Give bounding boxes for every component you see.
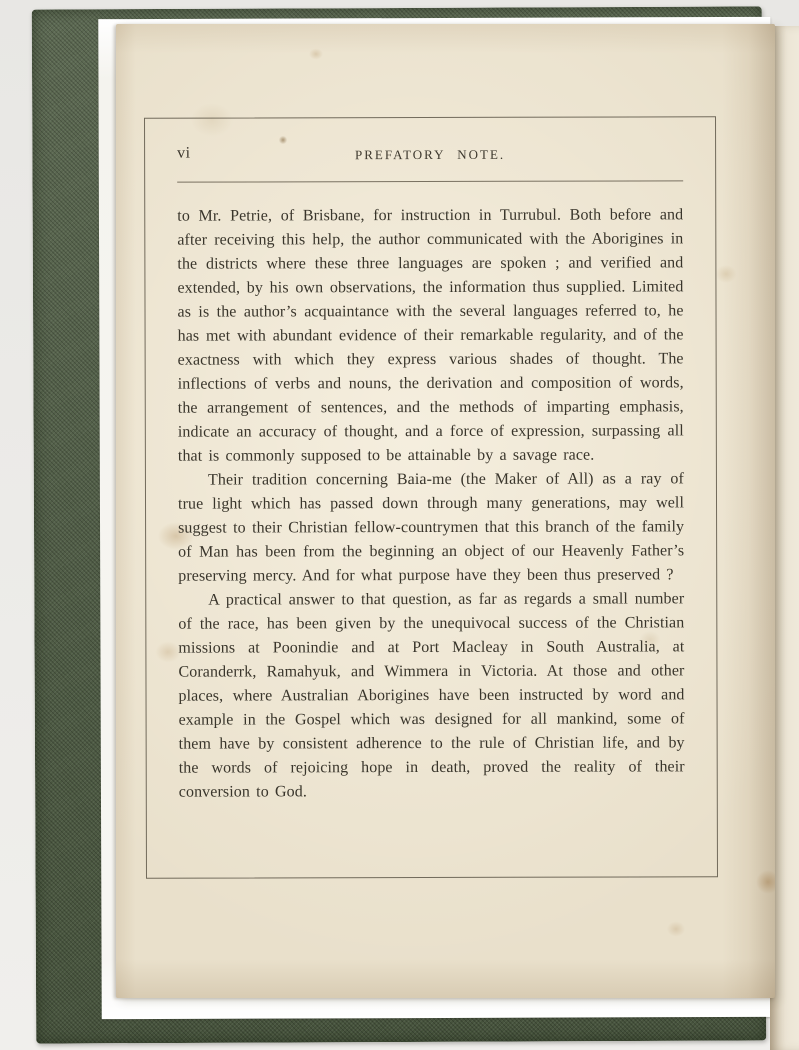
- paragraph-3: A practical answer to that question, as …: [178, 587, 685, 804]
- text-frame-border: vi PREFATORY NOTE. to Mr. Petrie, of Bri…: [144, 116, 718, 878]
- book-page: vi PREFATORY NOTE. to Mr. Petrie, of Bri…: [116, 24, 775, 998]
- page-body: to Mr. Petrie, of Brisbane, for instruct…: [177, 203, 685, 804]
- header-rule: [177, 180, 683, 182]
- running-header: PREFATORY NOTE.: [177, 146, 683, 163]
- book-photograph: vi PREFATORY NOTE. to Mr. Petrie, of Bri…: [0, 0, 799, 1050]
- paragraph-2: Their tradition concerning Baia-me (the …: [178, 467, 684, 588]
- paragraph-1: to Mr. Petrie, of Brisbane, for instruct…: [177, 203, 684, 468]
